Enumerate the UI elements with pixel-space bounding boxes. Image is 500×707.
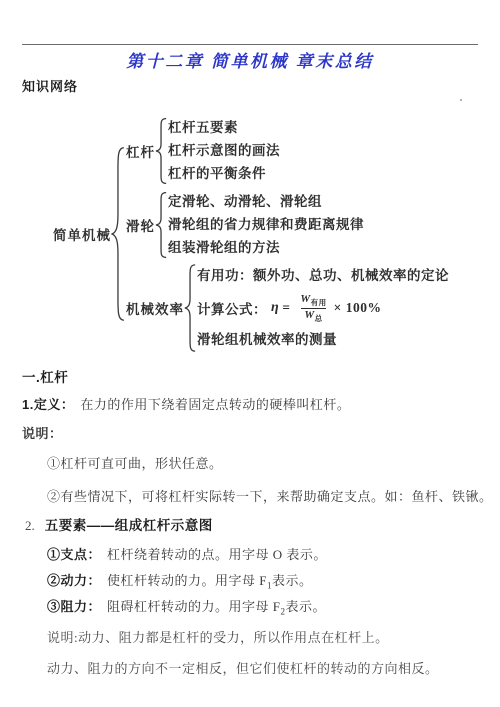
eta-symbol: η (271, 300, 279, 316)
branch-efficiency-label: 机械效率 (126, 298, 184, 318)
brace-icon (155, 118, 168, 184)
diagram-branches: 杠杆 杠杆五要素 杠杆示意图的画法 杠杆的平衡条件 滑轮 定滑轮、动滑轮、滑轮组… (126, 116, 449, 352)
leaf-item: 杠杆示意图的画法 (168, 139, 280, 162)
item-label: ①支点： (47, 547, 101, 562)
item-tail: 表示。 (283, 547, 327, 562)
brace-icon (184, 264, 197, 352)
knowledge-network-heading: 知识网络 (22, 76, 78, 95)
item-text: 阻碍杠杆转动的力。用字母 (107, 599, 273, 614)
section-2-heading: 五要素——组成杠杆示意图 (45, 514, 213, 534)
leaf-item: 组装滑轮组的方法 (168, 236, 364, 259)
branch-pulley: 滑轮 定滑轮、动滑轮、滑轮组 滑轮组的省力规律和费距离规律 组装滑轮组的方法 (126, 190, 449, 259)
note-item-1: ①杠杆可直可曲，形状任意。 (47, 453, 223, 472)
diagram-root-label: 简单机械 (53, 224, 111, 244)
item-tail: 表示。 (286, 599, 327, 614)
section-2-number: 2. (25, 518, 35, 534)
item-symbol: F (259, 573, 267, 588)
five-elements-item-effort: ②动力：使杠杆转动的力。用字母 F1表示。 (47, 570, 313, 591)
item-text: 杠杆绕着转动的点。用字母 (107, 547, 273, 562)
definition-label: 1.定义： (22, 397, 74, 412)
top-rule (22, 44, 478, 45)
leaf-item: 滑轮组机械效率的测量 (197, 329, 449, 351)
item-tail: 表示。 (272, 573, 313, 588)
formula-suffix: × 100% (334, 300, 382, 316)
five-elements-item-fulcrum: ①支点：杠杆绕着转动的点。用字母 O 表示。 (47, 544, 327, 565)
efficiency-formula: 计算公式： η = W有用 W总 × 100% (197, 292, 449, 324)
item-text: 使杠杆转动的力。用字母 (107, 573, 259, 588)
item-label: ③阻力： (47, 599, 101, 614)
forces-note-1: 说明:动力、阻力都是杠杆的受力，所以作用点在杠杆上。 (47, 627, 389, 646)
section-1-heading: 一.杠杆 (22, 366, 68, 386)
leaf-item: 定滑轮、动滑轮、滑轮组 (168, 190, 364, 213)
item-symbol: O (273, 547, 283, 562)
leaf-item: 杠杆的平衡条件 (168, 162, 280, 185)
branch-efficiency: 机械效率 有用功：额外功、总功、机械效率的定论 计算公式： η = W有用 W总 (126, 264, 449, 352)
item-label: ②动力： (47, 573, 101, 588)
leaf-item: 有用功：额外功、总功、机械效率的定论 (197, 265, 449, 287)
brace-icon (155, 192, 168, 258)
leaf-item: 滑轮组的省力规律和费距离规律 (168, 213, 364, 236)
definition-line: 1.定义：在力的作用下绕着固定点转动的硬棒叫杠杆。 (22, 394, 350, 413)
branch-pulley-items: 定滑轮、动滑轮、滑轮组 滑轮组的省力规律和费距离规律 组装滑轮组的方法 (168, 190, 364, 259)
branch-lever-items: 杠杆五要素 杠杆示意图的画法 杠杆的平衡条件 (168, 116, 280, 185)
definition-text: 在力的作用下绕着固定点转动的硬棒叫杠杆。 (80, 397, 350, 412)
branch-pulley-label: 滑轮 (126, 215, 155, 235)
forces-note-2: 动力、阻力的方向不一定相反，但它们使杠杆的转动的方向相反。 (47, 658, 439, 677)
fraction-numerator: W有用 (297, 293, 329, 308)
note-label: 说明： (22, 423, 63, 442)
document-page: 第十二章 简单机械 章末总结 知识网络 简单机械 杠杆 杠杆五要素 杠杆示意图的… (0, 0, 500, 707)
brace-icon (111, 146, 126, 322)
formula-prefix: 计算公式： (197, 298, 267, 318)
branch-lever: 杠杆 杠杆五要素 杠杆示意图的画法 杠杆的平衡条件 (126, 116, 449, 185)
fraction-denominator: W总 (301, 308, 325, 324)
branch-efficiency-items: 有用功：额外功、总功、机械效率的定论 计算公式： η = W有用 W总 × 10… (197, 265, 449, 351)
section-2-heading-row: 2. 五要素——组成杠杆示意图 (25, 514, 213, 534)
page-title: 第十二章 简单机械 章末总结 (0, 47, 500, 72)
formula-fraction: W有用 W总 (297, 293, 329, 323)
five-elements-item-resistance: ③阻力：阻碍杠杆转动的力。用字母 F2表示。 (47, 596, 326, 617)
equals-sign: = (282, 300, 290, 316)
leaf-item: 杠杆五要素 (168, 116, 280, 139)
branch-lever-label: 杠杆 (126, 141, 155, 161)
note-item-2: ②有些情况下，可将杠杆实际转一下，来帮助确定支点。如：鱼杆、铁锹。 (47, 486, 493, 505)
scan-speck (460, 99, 462, 101)
item-symbol: F (273, 599, 281, 614)
knowledge-network-diagram: 简单机械 杠杆 杠杆五要素 杠杆示意图的画法 杠杆的平衡条件 滑轮 (53, 116, 449, 352)
